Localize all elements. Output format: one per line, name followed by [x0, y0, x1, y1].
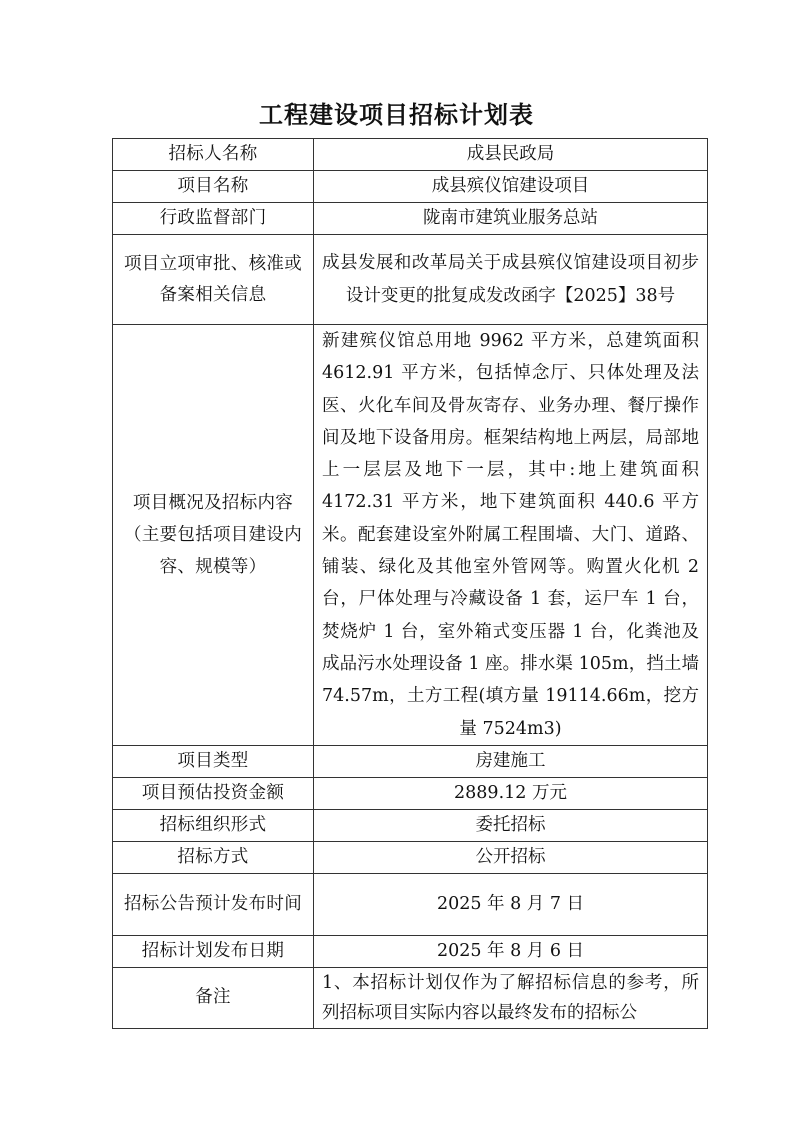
- row-label: 招标公告预计发布时间: [113, 873, 314, 935]
- row-value: 房建施工: [314, 745, 708, 777]
- row-label: 项目名称: [113, 171, 314, 203]
- row-value: 1、本招标计划仅作为了解招标信息的参考，所列招标项目实际内容以最终发布的招标公: [314, 967, 708, 1028]
- row-label: 项目立项审批、核准或备案相关信息: [113, 235, 314, 325]
- row-value: 公开招标: [314, 841, 708, 873]
- row-value: 成县殡仪馆建设项目: [314, 171, 708, 203]
- table-row-remarks: 备注 1、本招标计划仅作为了解招标信息的参考，所列招标项目实际内容以最终发布的招…: [113, 967, 708, 1028]
- row-value: 2025 年 8 月 6 日: [314, 935, 708, 967]
- document-title: 工程建设项目招标计划表: [0, 95, 793, 135]
- row-value: 2025 年 8 月 7 日: [314, 873, 708, 935]
- row-value: 2889.12 万元: [314, 777, 708, 809]
- row-label: 招标组织形式: [113, 809, 314, 841]
- table-row-project-name: 项目名称 成县殡仪馆建设项目: [113, 171, 708, 203]
- table-row-project-type: 项目类型 房建施工: [113, 745, 708, 777]
- table-row-investment: 项目预估投资金额 2889.12 万元: [113, 777, 708, 809]
- table-row-announcement-time: 招标公告预计发布时间 2025 年 8 月 7 日: [113, 873, 708, 935]
- row-value: 新建殡仪馆总用地 9962 平方米，总建筑面积 4612.91 平方米，包括悼念…: [314, 325, 708, 746]
- row-value: 委托招标: [314, 809, 708, 841]
- table-row-tender-method: 招标方式 公开招标: [113, 841, 708, 873]
- row-value: 陇南市建筑业服务总站: [314, 203, 708, 235]
- row-label: 备注: [113, 967, 314, 1028]
- row-label: 项目预估投资金额: [113, 777, 314, 809]
- table-row-plan-release-date: 招标计划发布日期 2025 年 8 月 6 日: [113, 935, 708, 967]
- table-row-approval-info: 项目立项审批、核准或备案相关信息 成县发展和改革局关于成县殡仪馆建设项目初步设计…: [113, 235, 708, 325]
- row-label: 项目概况及招标内容（主要包括项目建设内容、规模等）: [113, 325, 314, 746]
- row-value: 成县民政局: [314, 139, 708, 171]
- row-label: 招标人名称: [113, 139, 314, 171]
- row-label: 项目类型: [113, 745, 314, 777]
- tender-plan-table: 招标人名称 成县民政局 项目名称 成县殡仪馆建设项目 行政监督部门 陇南市建筑业…: [112, 138, 708, 1029]
- row-value: 成县发展和改革局关于成县殡仪馆建设项目初步设计变更的批复成发改函字【2025】3…: [314, 235, 708, 325]
- table-row-organization-form: 招标组织形式 委托招标: [113, 809, 708, 841]
- table-row-tenderer: 招标人名称 成县民政局: [113, 139, 708, 171]
- table-row-project-overview: 项目概况及招标内容（主要包括项目建设内容、规模等） 新建殡仪馆总用地 9962 …: [113, 325, 708, 746]
- row-label: 行政监督部门: [113, 203, 314, 235]
- row-label: 招标计划发布日期: [113, 935, 314, 967]
- table-row-supervision-dept: 行政监督部门 陇南市建筑业服务总站: [113, 203, 708, 235]
- row-label: 招标方式: [113, 841, 314, 873]
